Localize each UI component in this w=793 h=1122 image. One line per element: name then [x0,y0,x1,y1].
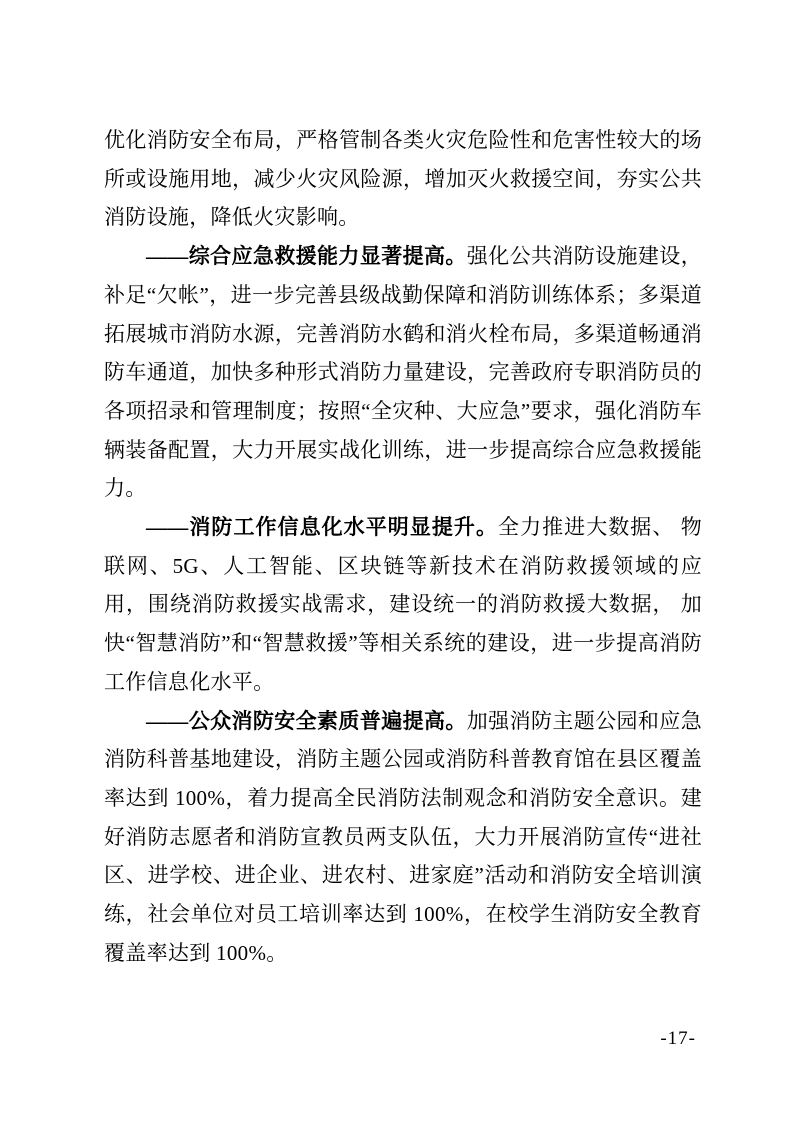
paragraph-text: 全力推进大数据、 物联网、5G、人工智能、区块链等新技术在消防救援领域的应用，围… [104,515,702,694]
paragraph: ——公众消防安全素质普遍提高。加强消防主题公园和应急消防科普基地建设，消防主题公… [104,702,702,973]
paragraph-lead: ——综合应急救援能力显著提高。 [146,244,467,268]
paragraph: ——综合应急救援能力显著提高。强化公共消防设施建设，补足“欠帐”，进一步完善县级… [104,237,702,508]
document-body: 优化消防安全布局，严格管制各类火灾危险性和危害性较大的场所或设施用地，减少火灾风… [104,121,702,972]
paragraph-lead: ——公众消防安全素质普遍提高。 [146,709,467,733]
paragraph-text: 强化公共消防设施建设，补足“欠帐”，进一步完善县级战勤保障和消防训练体系；多渠道… [104,244,702,500]
paragraph-text: 加强消防主题公园和应急消防科普基地建设，消防主题公园或消防科普教育馆在县区覆盖率… [104,709,702,965]
paragraph: 优化消防安全布局，严格管制各类火灾危险性和危害性较大的场所或设施用地，减少火灾风… [104,121,702,237]
paragraph: ——消防工作信息化水平明显提升。全力推进大数据、 物联网、5G、人工智能、区块链… [104,508,702,702]
paragraph-lead: ——消防工作信息化水平明显提升。 [146,515,498,539]
document-page: 优化消防安全布局，严格管制各类火灾危险性和危害性较大的场所或设施用地，减少火灾风… [0,0,793,1122]
page-number: -17- [660,1028,696,1050]
paragraph-text: 优化消防安全布局，严格管制各类火灾危险性和危害性较大的场所或设施用地，减少火灾风… [104,128,702,229]
